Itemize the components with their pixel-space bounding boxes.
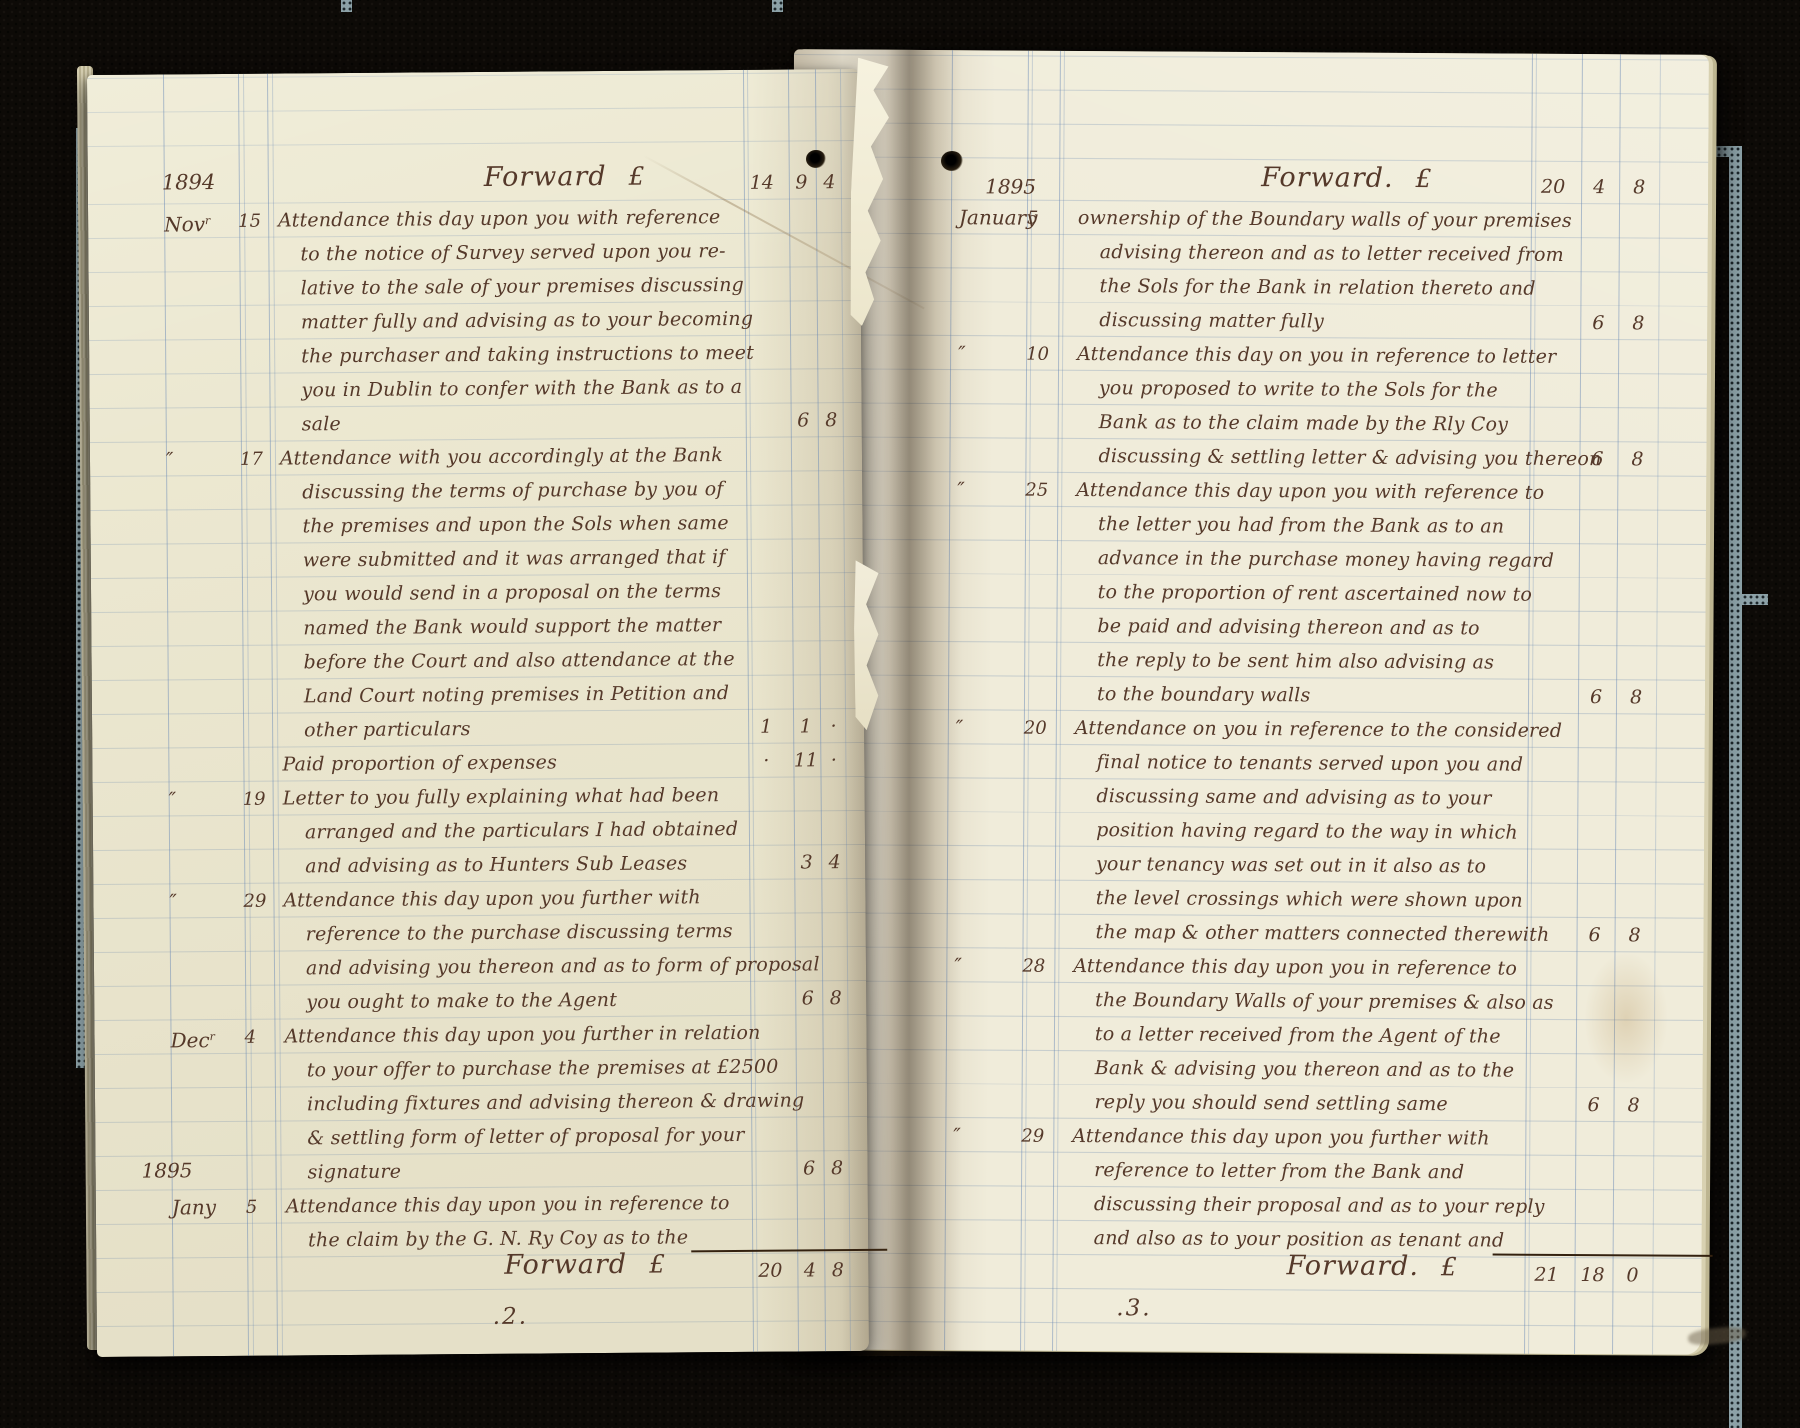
forward-pence: 8 [1621, 170, 1657, 204]
entry-text: Attendance on you in reference to the co… [788, 709, 1704, 953]
entry-line: the purchaser and taking instructions to… [279, 335, 861, 374]
entry-line: advance in the purchase money having reg… [1076, 541, 1706, 579]
entry-day: 29 [1021, 1120, 1044, 1154]
entry-line: reference to the purchase discussing ter… [284, 913, 866, 952]
year-label: 1895 [141, 1158, 192, 1182]
entry-day: 5 [246, 1191, 258, 1225]
entry-line: to your offer to purchase the premises a… [285, 1049, 867, 1088]
ledger-entry: ″28Attendance this day upon you in refer… [787, 947, 1703, 1123]
entry-month: ″ [954, 948, 962, 982]
entry-line: discussing same and advising as to your [1074, 779, 1704, 817]
entry-text: ownership of the Boundary walls of your … [792, 199, 1708, 341]
entry-line: you ought to make to the Agent [284, 981, 866, 1020]
entry-day: 29 [243, 885, 266, 919]
entry-day: 10 [1026, 338, 1049, 372]
ledger-entry: 1895January5ownership of the Boundary wa… [792, 199, 1708, 341]
entry-line: Attendance on you in reference to the co… [1075, 711, 1705, 749]
amount-shillings: 6 [1580, 306, 1616, 340]
amount-shillings: 6 [1578, 680, 1614, 714]
ledger-entry: ″20Attendance on you in reference to the… [788, 709, 1704, 953]
entry-line: Attendance this day upon you further wit… [1072, 1119, 1702, 1157]
registration-notch-right-mid [1742, 594, 1768, 605]
entry-text: Letter to you fully explaining what had … [93, 777, 866, 885]
amount-pence: 8 [1616, 918, 1652, 952]
entry-line: final notice to tenants served upon you … [1075, 745, 1705, 783]
pound-symbol: £ [629, 162, 645, 191]
forward-label: Forward [484, 161, 607, 193]
entry-line: named the Bank would support the matter [281, 607, 863, 646]
amount-shillings: 6 [1576, 918, 1612, 952]
page-left: 1894 Forward £ 14 9 4 Novr15Attendance t… [87, 69, 869, 1357]
year-label: 1894 [162, 170, 216, 194]
registration-tick-top-2 [772, 0, 783, 12]
entry-line: the reply to be sent him also advising a… [1075, 643, 1705, 681]
forward-shillings: 9 [788, 165, 815, 199]
entry-day: 5 [1027, 202, 1039, 236]
amount-shillings: 6 [795, 1151, 822, 1185]
entry-line: lative to the sale of your premises disc… [279, 267, 861, 306]
entry-month: January [959, 200, 1038, 234]
registration-strip-right [1729, 146, 1742, 1428]
amount-shillings: 3 [793, 845, 820, 879]
forward-label: Forward. [1261, 162, 1394, 194]
amount-pence: · [821, 709, 846, 743]
entry-line: Attendance this day upon you with refere… [1076, 473, 1706, 511]
entry-line: before the Court and also attendance at … [281, 641, 863, 680]
page-right: Forward. £ 20 4 8 1895January5ownership … [786, 49, 1709, 1355]
ledger-entry: Novr15Attendance this day upon you with … [88, 199, 862, 443]
entry-month: Novr [164, 204, 210, 238]
entry-month: ″ [958, 336, 966, 370]
entry-line: to the proportion of rent ascertained no… [1076, 575, 1706, 613]
entry-day: 20 [1024, 712, 1047, 746]
page-right-content: Forward. £ 20 4 8 1895January5ownership … [786, 49, 1709, 1355]
entry-line: Attendance this day upon you further wit… [283, 879, 865, 918]
ledger-entry: ″29Attendance this day upon you further … [787, 1117, 1703, 1259]
entry-day: 25 [1025, 474, 1048, 508]
forward-shillings: 4 [796, 1253, 823, 1287]
entry-line: advising thereon and as to letter receiv… [1078, 235, 1708, 273]
entry-month: ″ [957, 472, 965, 506]
entry-line: Attendance this day upon you further in … [284, 1015, 866, 1054]
entry-line: discussing their proposal and as to your… [1072, 1187, 1702, 1225]
amount-pounds: · [744, 744, 788, 778]
entry-text: Attendance this day upon you with refere… [790, 471, 1706, 715]
forward-pounds: 20 [1529, 170, 1577, 204]
entry-text: Attendance this day upon you in referenc… [787, 947, 1703, 1123]
entry-day: 17 [240, 443, 263, 477]
forward-pounds: 21 [1522, 1258, 1570, 1292]
ledger-entry: ″19Letter to you fully explaining what h… [93, 777, 866, 885]
forward-label: Forward [504, 1249, 627, 1281]
forward-pence: 4 [817, 165, 842, 199]
forward-label: Forward. [1286, 1250, 1419, 1282]
amount-shillings: 11 [792, 743, 819, 777]
entry-line: you proposed to write to the Sols for th… [1077, 371, 1707, 409]
ledger-entry: ″25Attendance this day upon you with ref… [790, 471, 1706, 715]
entry-line: sale [280, 403, 862, 442]
forward-pence: 8 [825, 1253, 850, 1287]
entry-line: including fixtures and advising thereon … [285, 1083, 867, 1122]
entry-month: Decr [170, 1020, 215, 1054]
entry-text: Attendance this day upon you further wit… [93, 879, 866, 1021]
pound-symbol: £ [649, 1250, 665, 1279]
entry-day: 15 [238, 205, 261, 239]
amount-shillings: 6 [794, 981, 821, 1015]
forward-row-bottom: Forward £ 20 4 8 [96, 1253, 868, 1293]
entry-line: Bank as to the claim made by the Rly Coy [1077, 405, 1707, 443]
amount-pence: 4 [822, 845, 847, 879]
amount-pence: 8 [823, 981, 848, 1015]
amount-shillings: 1 [792, 709, 819, 743]
amount-shillings: 6 [1575, 1088, 1611, 1122]
entry-day: 28 [1022, 950, 1045, 984]
ledger-entry: Decr4Attendance this day upon you furthe… [94, 1015, 867, 1191]
entry-line: Attendance this day upon you with refere… [278, 199, 860, 238]
entry-line: the Sols for the Bank in relation theret… [1077, 269, 1707, 307]
entry-line: & settling form of letter of proposal fo… [285, 1117, 867, 1156]
punch-hole-right [941, 151, 963, 171]
entry-line: Letter to you fully explaining what had … [283, 777, 865, 816]
amount-pounds: 1 [744, 710, 788, 744]
entry-line: arranged and the particulars I had obtai… [283, 811, 865, 850]
forward-pounds: 14 [740, 166, 784, 200]
entry-month: Jany [172, 1190, 216, 1224]
entry-line: Attendance this day on you in reference … [1077, 337, 1707, 375]
entry-month: ″ [169, 884, 177, 918]
entry-line: your tenancy was set out in it also as t… [1074, 847, 1704, 885]
year-label: 1895 [985, 174, 1036, 198]
amount-pence: 8 [1615, 1088, 1651, 1122]
punch-hole-left [806, 150, 826, 168]
entries: Novr15Attendance this day upon you with … [88, 199, 868, 1259]
ledger-photograph: Forward. £ 20 4 8 1895January5ownership … [0, 0, 1800, 1428]
entry-month: ″ [169, 782, 177, 816]
forward-pence: 0 [1614, 1258, 1650, 1292]
entry-text: Attendance with you accordingly at the B… [90, 437, 864, 749]
entry-line: Attendance this day upon you in referenc… [286, 1185, 868, 1224]
amount-pence: 8 [1620, 306, 1656, 340]
entry-line: you in Dublin to confer with the Bank as… [279, 369, 861, 408]
forward-row-bottom: Forward. £ 21 18 0 [786, 1253, 1701, 1293]
entry-day: 4 [244, 1021, 256, 1055]
forward-shillings: 18 [1574, 1258, 1610, 1292]
entry-line: be paid and advising thereon and as to [1075, 609, 1705, 647]
page-number: .3. [1116, 1295, 1151, 1321]
entry-line: and advising as to Hunters Sub Leases [283, 845, 865, 884]
entry-line: were submitted and it was arranged that … [281, 539, 863, 578]
entry-month: ″ [953, 1118, 961, 1152]
amount-shillings: 6 [1579, 442, 1615, 476]
page-left-content: 1894 Forward £ 14 9 4 Novr15Attendance t… [87, 69, 869, 1357]
entry-line: the letter you had from the Bank as to a… [1076, 507, 1706, 545]
entry-line: to the notice of Survey served upon you … [278, 233, 860, 272]
ledger-entry: ″10Attendance this day on you in referen… [791, 335, 1707, 477]
entry-line: ownership of the Boundary walls of your … [1078, 201, 1708, 239]
entry-line: the premises and upon the Sols when same [280, 505, 862, 544]
entry-day: 19 [243, 783, 266, 817]
amount-shillings: 6 [790, 403, 817, 437]
entry-line: matter fully and advising as to your bec… [279, 301, 861, 340]
entry-text: Attendance this day on you in reference … [791, 335, 1707, 477]
entry-month: ″ [166, 442, 174, 476]
ledger-entry: 1895Jany5Attendance this day upon you in… [96, 1185, 869, 1259]
forward-pounds: 20 [748, 1254, 792, 1288]
entry-line: signature [285, 1151, 867, 1190]
ledger-entry: ″29Attendance this day upon you further … [93, 879, 866, 1021]
forward-shillings: 4 [1581, 170, 1617, 204]
amount-pence: 8 [1619, 442, 1655, 476]
amount-pence: 8 [824, 1151, 849, 1185]
amount-pence: 8 [1618, 680, 1654, 714]
pound-symbol: £ [1416, 164, 1432, 193]
entry-line: and advising you thereon and as to form … [284, 947, 866, 986]
entry-line: discussing the terms of purchase by you … [280, 471, 862, 510]
entry-text: Attendance this day upon you further wit… [787, 1117, 1703, 1259]
registration-tick-top-1 [341, 0, 352, 12]
entry-line: reference to letter from the Bank and [1072, 1153, 1702, 1191]
entry-line: the level crossings which were shown upo… [1074, 881, 1704, 919]
amount-pence: · [821, 743, 846, 777]
page-number: .2. [493, 1304, 528, 1330]
entries: 1895January5ownership of the Boundary wa… [787, 199, 1708, 1259]
amount-pence: 8 [819, 403, 844, 437]
entry-line: position having regard to the way in whi… [1074, 813, 1704, 851]
entry-line: Attendance with you accordingly at the B… [280, 437, 862, 476]
entry-month: ″ [956, 710, 964, 744]
ledger-entry: ″17Attendance with you accordingly at th… [90, 437, 864, 749]
entry-line: you would send in a proposal on the term… [281, 573, 863, 612]
pound-symbol: £ [1441, 1252, 1457, 1281]
paper-stain [1584, 952, 1669, 1085]
forward-row-top: Forward. £ 20 4 8 [793, 165, 1708, 205]
entry-line: Land Court noting premises in Petition a… [282, 675, 864, 714]
